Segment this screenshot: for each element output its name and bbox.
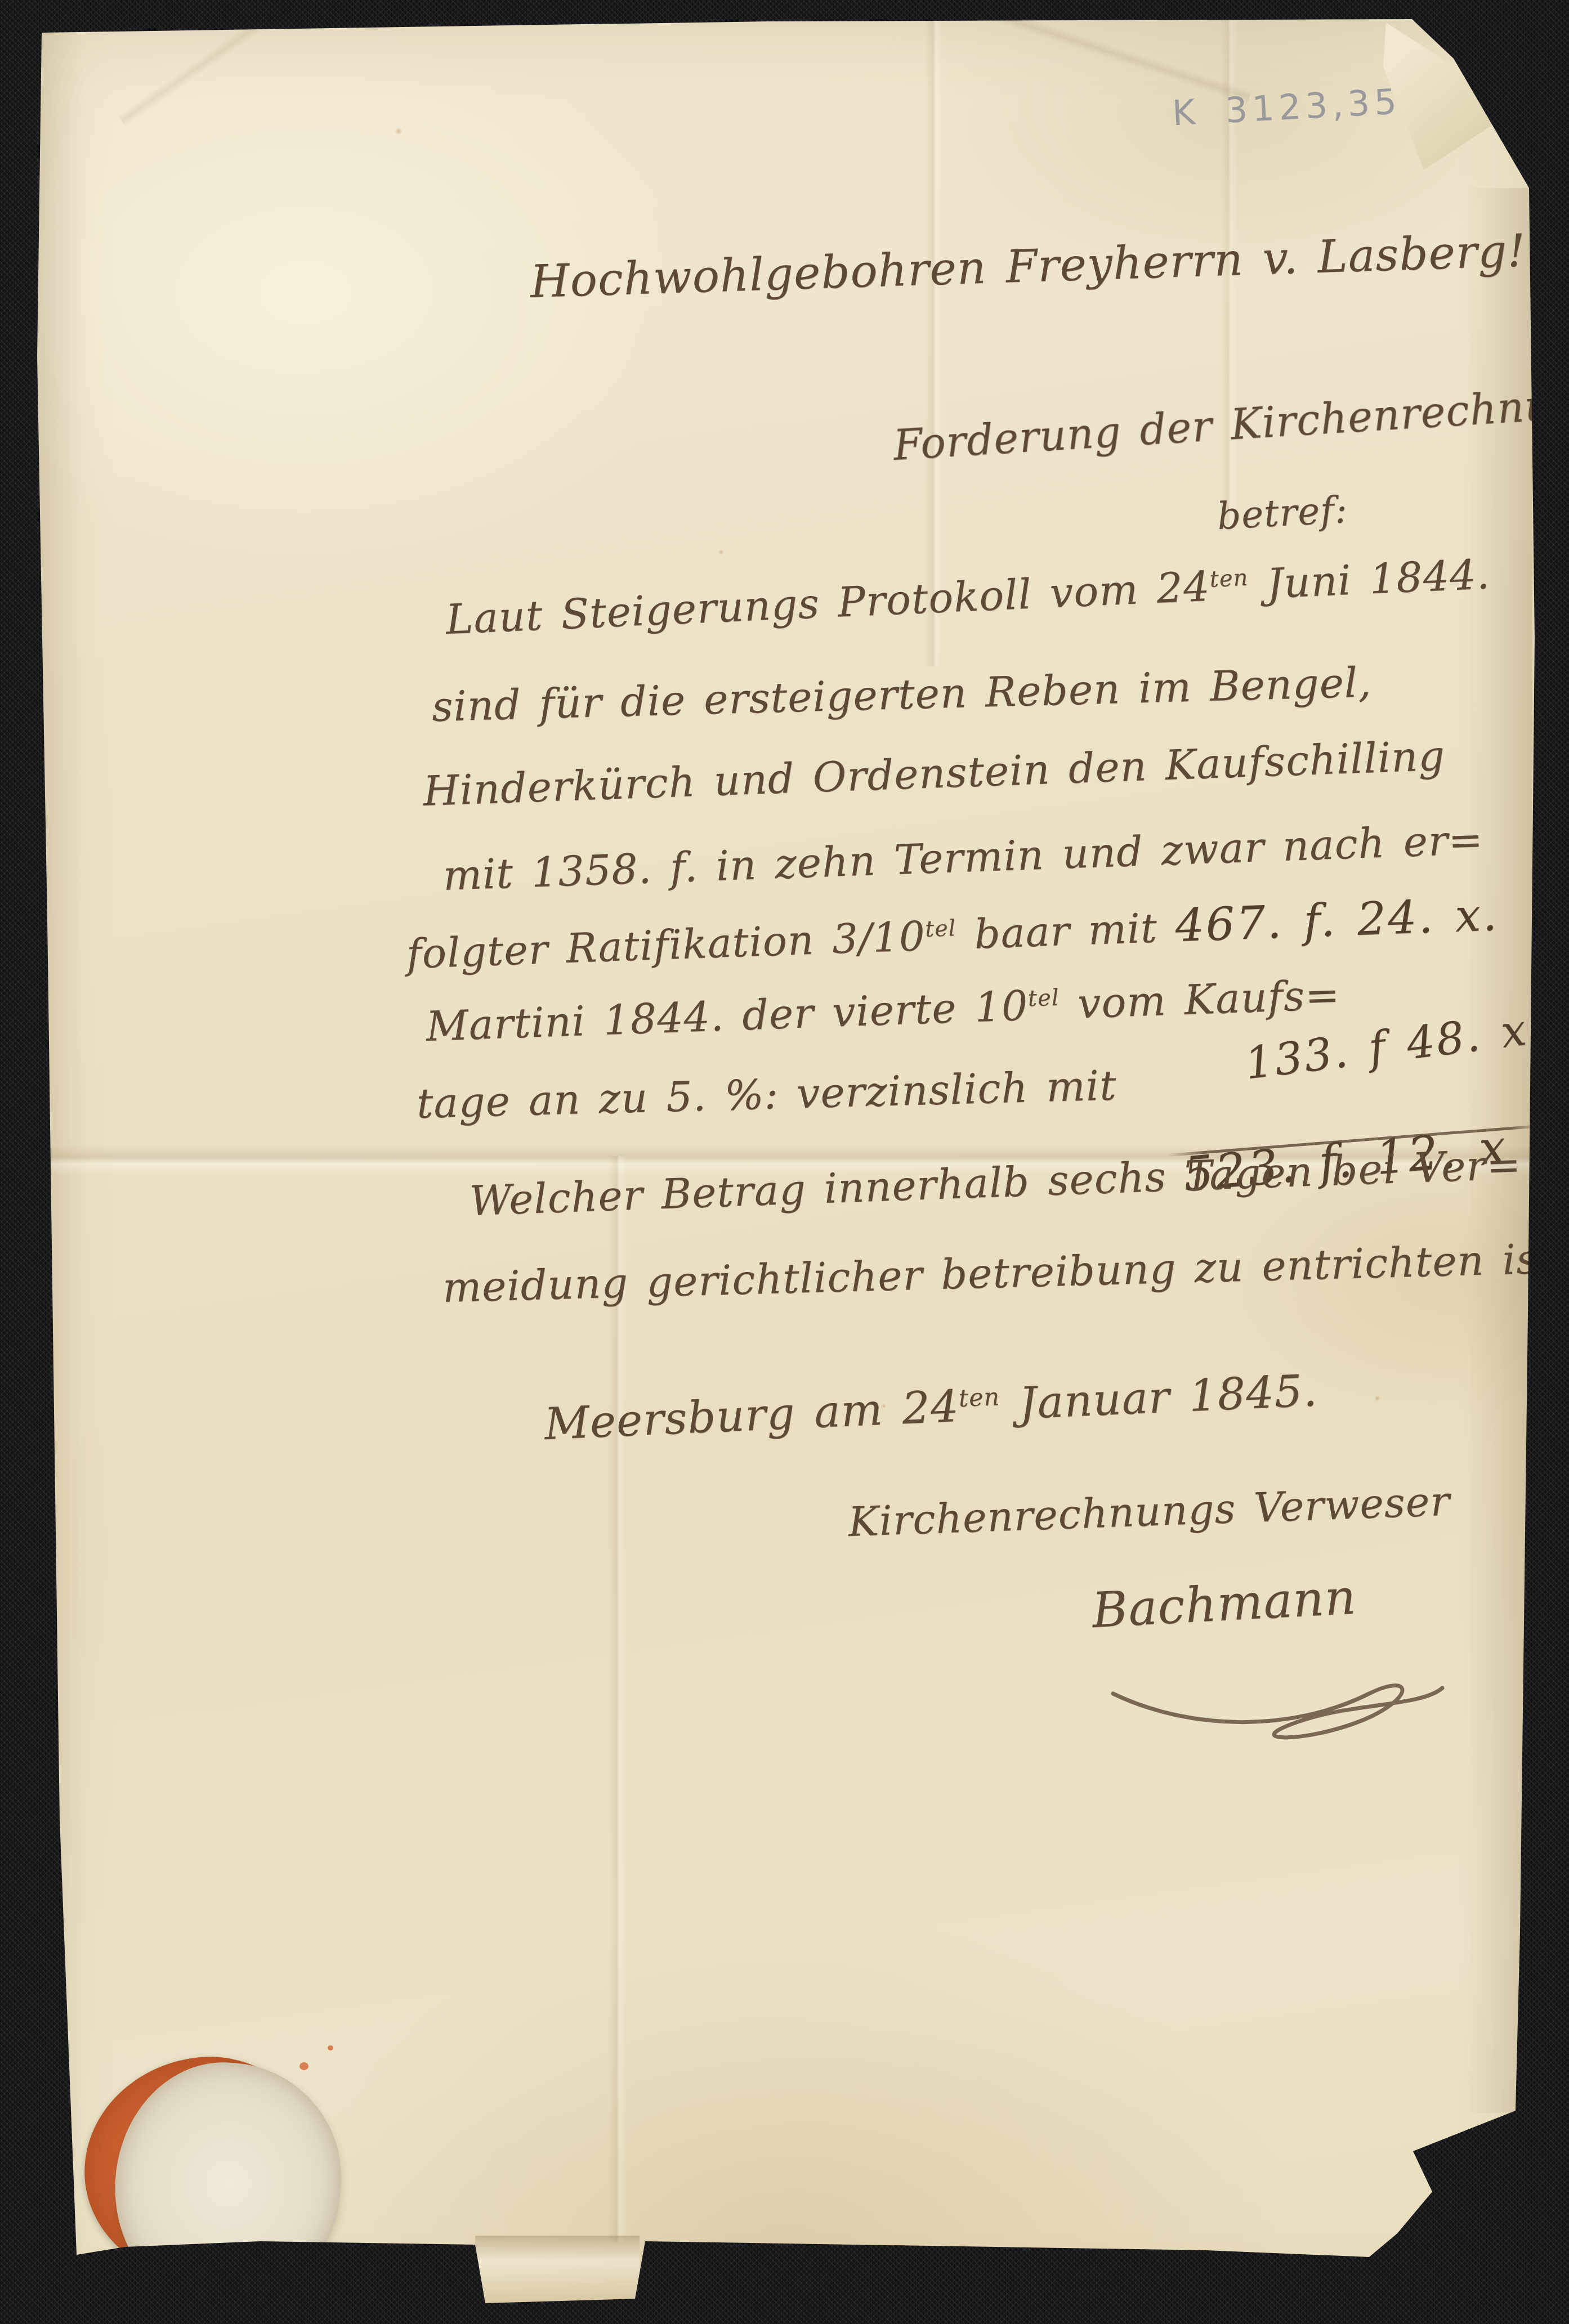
ordinal-superscript: tel bbox=[1027, 985, 1060, 1012]
body-line: Welcher Betrag innerhalb sechs Tagen bei… bbox=[469, 1141, 1522, 1225]
torn-bottom-flap bbox=[475, 2236, 640, 2307]
subject-line-2: betref: bbox=[1216, 488, 1349, 538]
crease-diagonal-top bbox=[969, 0, 1252, 104]
foxing-spot bbox=[394, 127, 403, 136]
body-line: tage an zu 5. %: verzinslich mit bbox=[416, 1062, 1117, 1128]
letter-page: K 3123,35 Hochwohlgebohren Freyherrn v. … bbox=[35, 19, 1537, 2310]
body-line: folgter Ratifikation 3/10tel baar mit 46… bbox=[405, 888, 1499, 979]
body-line: Hinderkürch und Ordenstein den Kaufschil… bbox=[423, 732, 1446, 816]
crease-diagonal-corner bbox=[118, 0, 301, 127]
wax-speck bbox=[328, 2045, 333, 2050]
body-line: meidung gerichtlicher betreibung zu entr… bbox=[442, 1235, 1569, 1312]
text-segment: Martini 1844. der vierte 10 bbox=[426, 982, 1029, 1051]
ordinal-superscript: ten bbox=[958, 1383, 1000, 1413]
text-segment: baar mit bbox=[955, 903, 1176, 959]
text-segment: Laut Steigerungs Protokoll vom 24 bbox=[445, 563, 1211, 644]
signature-role: Kirchenrechnungs Verweser bbox=[848, 1477, 1451, 1546]
foxing-spot bbox=[1374, 1395, 1381, 1402]
subject-line-1: Forderung der Kirchenrechnung bbox=[892, 378, 1569, 470]
wax-speck bbox=[300, 2062, 309, 2070]
text-segment: folgter Ratifikation 3/10 bbox=[406, 912, 927, 978]
text-segment: Meersburg am 24 bbox=[543, 1381, 960, 1450]
body-line: mit 1358. f. in zehn Termin und zwar nac… bbox=[442, 816, 1485, 899]
ordinal-superscript: ten bbox=[1209, 565, 1249, 593]
ordinal-superscript: tel bbox=[924, 915, 956, 942]
text-segment: Januar 1845. bbox=[999, 1365, 1318, 1430]
body-line: Martini 1844. der vierte 10tel vom Kaufs… bbox=[426, 971, 1341, 1051]
body-line: sind für die ersteigerten Reben im Benge… bbox=[431, 659, 1372, 731]
amount-first: 467. f. 24. x. bbox=[1174, 888, 1499, 952]
page-edge-shading-left bbox=[35, 19, 86, 2259]
fold-crease-vertical-lower bbox=[608, 1156, 627, 2242]
signature-name: Bachmann bbox=[1090, 1569, 1357, 1638]
archival-number: K 3123,35 bbox=[1171, 80, 1402, 133]
text-segment: Juni 1844. bbox=[1248, 550, 1491, 609]
salutation-line: Hochwohlgebohren Freyherrn v. Lasberg! bbox=[530, 224, 1527, 308]
foxing-spot bbox=[718, 549, 725, 556]
signature-flourish bbox=[1105, 1640, 1454, 1758]
fold-crease-vertical-upper bbox=[924, 19, 944, 666]
body-line: Laut Steigerungs Protokoll vom 24ten Jun… bbox=[445, 550, 1491, 644]
corner-fold-top-right bbox=[1383, 23, 1518, 170]
place-date-line: Meersburg am 24ten Januar 1845. bbox=[543, 1365, 1318, 1450]
text-segment: vom Kaufs= bbox=[1059, 971, 1341, 1028]
